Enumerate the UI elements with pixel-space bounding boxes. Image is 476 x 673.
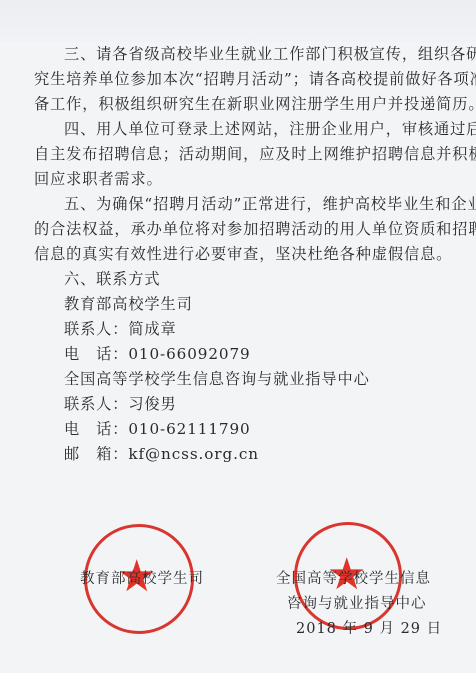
paragraph-4-line-1: 四、用人单位可登录上述网站，注册企业用户，审核通过后: [64, 119, 476, 139]
contact-heading: 六、联系方式: [64, 269, 161, 289]
paragraph-5-line-2: 的合法权益，承办单位将对参加招聘活动的用人单位资质和招聘: [34, 219, 476, 239]
document-page: 三、请各省级高校毕业生就业工作部门积极宣传，组织各研 究生培养单位参加本次“招聘…: [0, 0, 476, 673]
paragraph-5-line-1: 五、为确保“招聘月活动”正常进行，维护高校毕业生和企业: [64, 194, 476, 214]
signature-date: 2018 年 9 月 29 日: [296, 617, 442, 638]
contact-org1-name: 教育部高校学生司: [64, 294, 193, 314]
paragraph-5-line-3: 信息的真实有效性进行必要审查，坚决杜绝各种虚假信息。: [34, 244, 452, 264]
paragraph-3-line-1: 三、请各省级高校毕业生就业工作部门积极宣传，组织各研: [64, 44, 476, 64]
contact-org2-person: 联系人：习俊男: [64, 394, 177, 414]
contact-org2-phone: 电 话：010-62111790: [64, 419, 251, 439]
signature-left: 教育部高校学生司: [80, 567, 204, 588]
paragraph-4-line-3: 回应求职者需求。: [34, 169, 163, 189]
paragraph-3-line-3: 备工作，积极组织研究生在新职业网注册学生用户并投递简历。: [34, 94, 476, 114]
paragraph-3-line-2: 究生培养单位参加本次“招聘月活动”；请各高校提前做好各项准: [34, 69, 476, 89]
contact-org1-person: 联系人：简成章: [64, 319, 177, 339]
signature-right-line-2: 咨询与就业指导中心: [287, 592, 427, 613]
contact-org2-email: 邮 箱：kf@ncss.org.cn: [64, 444, 259, 464]
contact-org2-name: 全国高等学校学生信息咨询与就业指导中心: [64, 369, 370, 389]
signature-right-line-1: 全国高等学校学生信息: [276, 567, 431, 588]
paragraph-4-line-2: 自主发布招聘信息；活动期间，应及时上网维护招聘信息并积极: [34, 144, 476, 164]
contact-org1-phone: 电 话：010-66092079: [64, 344, 251, 364]
